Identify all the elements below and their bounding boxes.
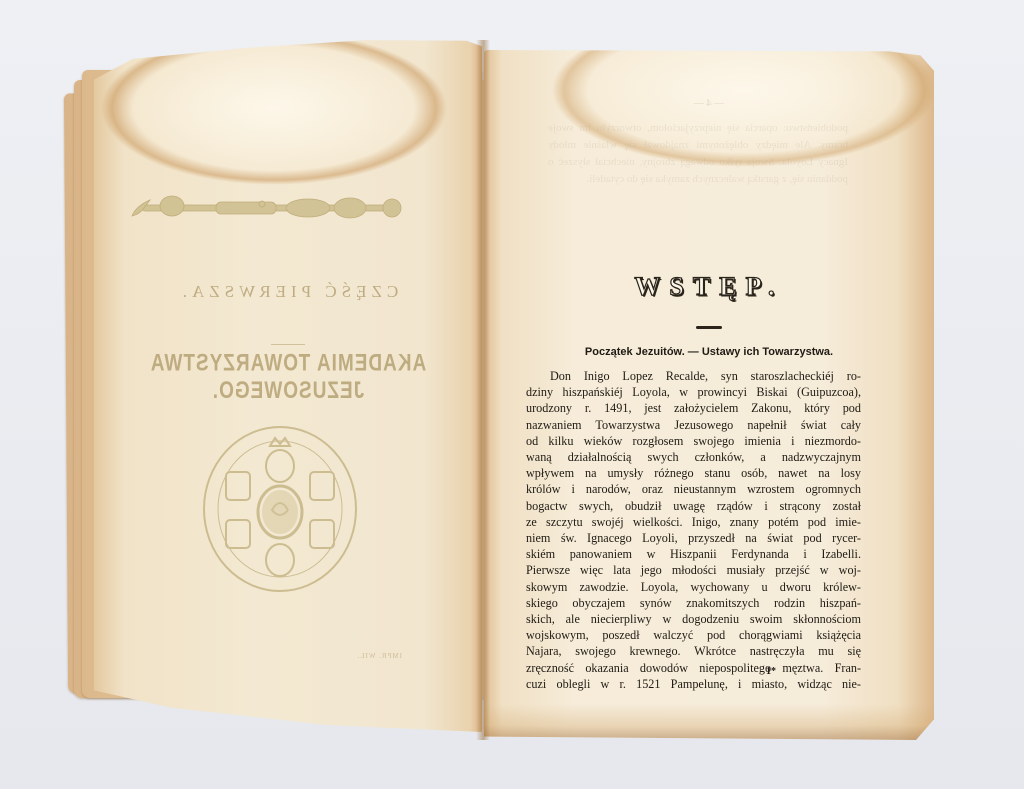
text-line: wpływem na umysły różnego stanu osób, na… xyxy=(526,465,861,481)
divider xyxy=(94,332,482,350)
text-line: skowym zawodzie. Loyola, wychowany u dwo… xyxy=(526,579,861,595)
seal-emblem-icon xyxy=(200,424,360,594)
text-line: ze szczytu swojéj wielkości. Inigo, znan… xyxy=(526,514,861,530)
text-line: bogactw swych, obudził uwagę rządów i st… xyxy=(526,498,861,514)
text-line: cuzi oblegli w r. 1521 Pampelunę, i mias… xyxy=(526,676,861,692)
chapter-title: WSTĘP. xyxy=(484,272,934,302)
text-line: od kilku wieków rozgłosem swojego imieni… xyxy=(526,433,861,449)
left-page: CZĘŚĆ PIERWSZA. AKADEMIA TOWARZYSTWA JEZ… xyxy=(94,38,482,732)
body-text: Don Inigo Lopez Recalde, syn staroszlach… xyxy=(526,368,861,692)
text-line: niem św. Ignacego Loyoli, przyszedł na ś… xyxy=(526,530,861,546)
scepter-ornament-icon xyxy=(122,190,412,226)
title-ornament-icon xyxy=(484,316,934,334)
text-line: dziny hiszpańskiéj Loyola, w prowincyi B… xyxy=(526,384,861,400)
academy-heading: AKADEMIA TOWARZYSTWA JEZUSOWEGO. xyxy=(94,351,482,406)
show-through-text: podobieństwo: oparcia się nieprzyjacioło… xyxy=(548,120,848,188)
text-line: skiém panowaniem w Hiszpanii Ferdynanda … xyxy=(526,546,861,562)
text-line: skiego obyczajem synów znakomitszych rod… xyxy=(526,595,861,611)
text-line: zręczność okazania dowodów niepospoliteg… xyxy=(526,660,861,676)
mirrored-bleed-through: CZĘŚĆ PIERWSZA. AKADEMIA TOWARZYSTWA JEZ… xyxy=(94,38,482,732)
text-line: Don Inigo Lopez Recalde, syn staroszlach… xyxy=(526,368,861,384)
right-page: — 4 — podobieństwo: oparcia się nieprzyj… xyxy=(484,50,934,740)
imprint-text: IMPR. WIL. xyxy=(357,652,402,660)
text-line: nazwaniem Towarzystwa Jezusowego napełni… xyxy=(526,417,861,433)
chapter-subtitle: Początek Jezuitów. — Ustawy ich Towarzys… xyxy=(484,346,934,358)
text-line: królów i narodów, oraz nieustannym wzros… xyxy=(526,481,861,497)
part-heading: CZĘŚĆ PIERWSZA. xyxy=(94,282,482,302)
text-line: urodzony r. 1491, jest założycielem Zako… xyxy=(526,400,861,416)
text-line: waną działalnością swych członków, a nad… xyxy=(526,449,861,465)
signature-mark: 1* xyxy=(766,666,776,677)
open-book: CZĘŚĆ PIERWSZA. AKADEMIA TOWARZYSTWA JEZ… xyxy=(0,0,1024,789)
ghost-page-number: — 4 — xyxy=(484,98,934,109)
text-line: skich, ale niecierpliwy w dogodzeniu swo… xyxy=(526,611,861,627)
text-line: Pierwsze więc lata jego młodości musiały… xyxy=(526,562,861,578)
text-line: Najara, swojego krewnego. Wkrótce nastrę… xyxy=(526,643,861,659)
text-line: wojskowym, poszedł walczyć pod chorągwia… xyxy=(526,627,861,643)
